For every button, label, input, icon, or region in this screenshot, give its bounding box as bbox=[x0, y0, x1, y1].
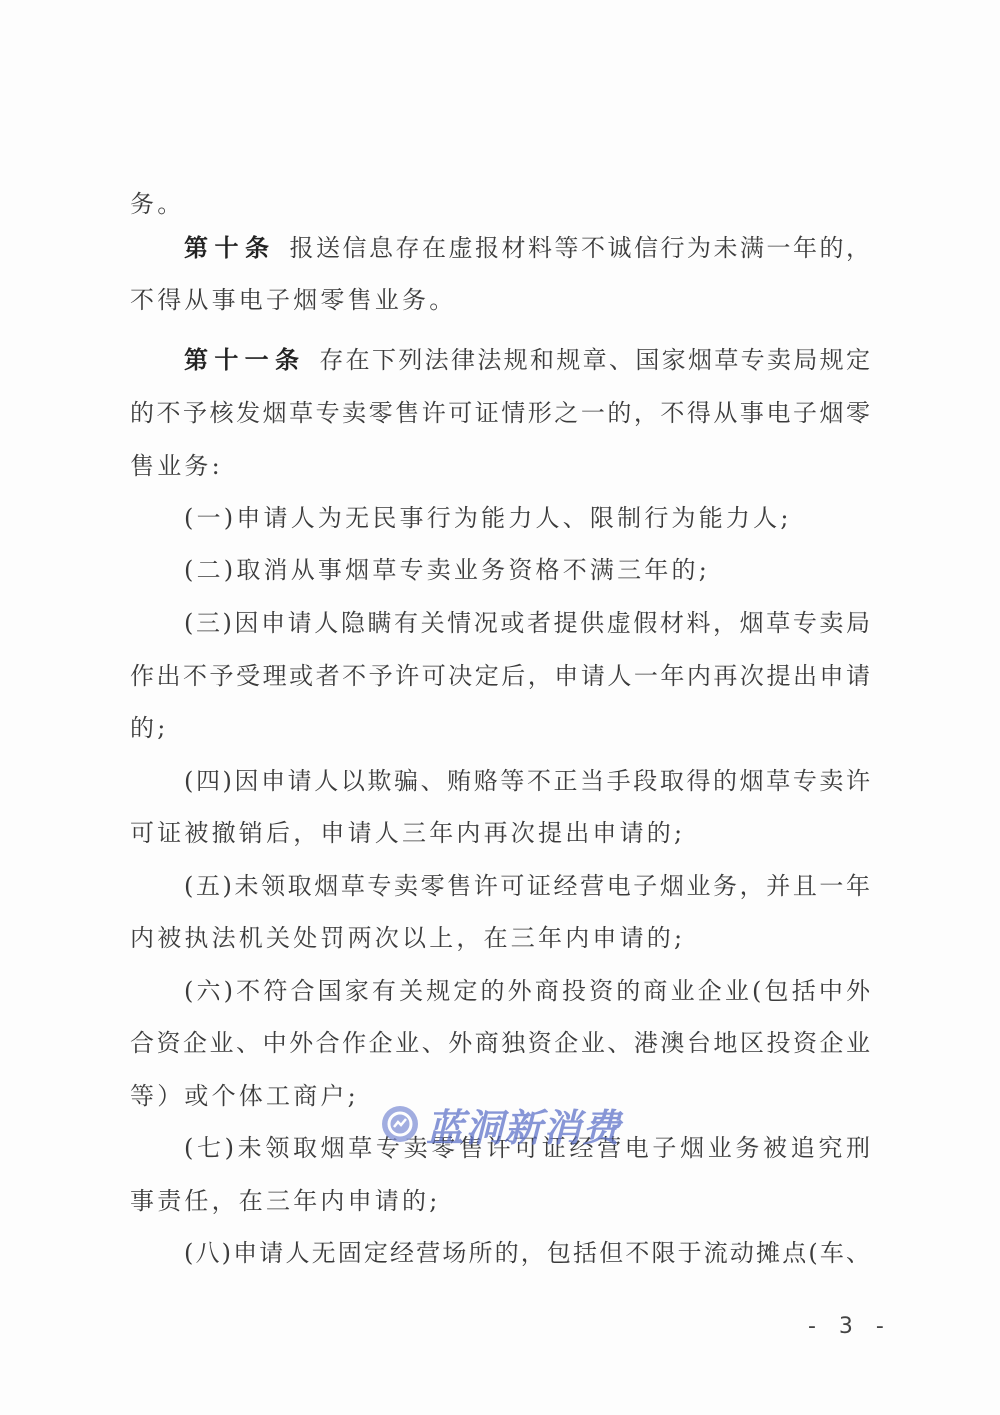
clause-6-line: (六)不符合国家有关规定的外商投资的商业企业(包括中外 bbox=[184, 976, 870, 1006]
line-text: 存在下列法律法规和规章、国家烟草专卖局规定 bbox=[319, 346, 870, 374]
line-text: 务。 bbox=[130, 190, 184, 218]
clause-4-line: (四)因申请人以欺骗、贿赂等不正当手段取得的烟草专卖许 bbox=[184, 766, 870, 796]
line-text: 事责任，在三年内申请的; bbox=[130, 1187, 441, 1215]
line-text: (四)因申请人以欺骗、贿赂等不正当手段取得的烟草专卖许 bbox=[184, 767, 870, 795]
text-line: 的; bbox=[130, 713, 870, 743]
clause-8-line: (八)申请人无固定经营场所的，包括但不限于流动摊点(车、 bbox=[184, 1238, 870, 1268]
line-text: (三)因申请人隐瞒有关情况或者提供虚假材料，烟草专卖局 bbox=[184, 609, 870, 637]
line-text: 等）或个体工商户; bbox=[130, 1082, 359, 1110]
line-text: 不得从事电子烟零售业务。 bbox=[130, 286, 456, 314]
article-10-heading-line: 第十条报送信息存在虚报材料等不诚信行为未满一年的， bbox=[184, 233, 870, 263]
clause-1-line: (一)申请人为无民事行为能力人、限制行为能力人; bbox=[184, 503, 870, 533]
text-line: 事责任，在三年内申请的; bbox=[130, 1186, 870, 1216]
line-text: (六)不符合国家有关规定的外商投资的商业企业(包括中外 bbox=[184, 977, 870, 1005]
text-line: 可证被撤销后，申请人三年内再次提出申请的; bbox=[130, 818, 870, 848]
line-text: 的不予核发烟草专卖零售许可证情形之一的，不得从事电子烟零 bbox=[130, 399, 870, 427]
document-page: 务。 第十条报送信息存在虚报材料等不诚信行为未满一年的， 不得从事电子烟零售业务… bbox=[0, 0, 1000, 1415]
line-text: 售业务: bbox=[130, 452, 223, 480]
text-line: 作出不予受理或者不予许可决定后，申请人一年内再次提出申请 bbox=[130, 661, 870, 691]
line-text: 报送信息存在虚报材料等不诚信行为未满一年的， bbox=[290, 234, 871, 262]
article-11-heading-line: 第十一条存在下列法律法规和规章、国家烟草专卖局规定 bbox=[184, 345, 870, 375]
clause-3-line: (三)因申请人隐瞒有关情况或者提供虚假材料，烟草专卖局 bbox=[184, 608, 870, 638]
line-text: 合资企业、中外合作企业、外商独资企业、港澳台地区投资企业 bbox=[130, 1029, 870, 1057]
clause-2-line: (二)取消从事烟草专卖业务资格不满三年的; bbox=[184, 555, 870, 585]
text-line: 等）或个体工商户; bbox=[130, 1081, 870, 1111]
line-text: 的; bbox=[130, 714, 169, 742]
article-number: 第十条 bbox=[184, 233, 276, 262]
text-line: 合资企业、中外合作企业、外商独资企业、港澳台地区投资企业 bbox=[130, 1028, 870, 1058]
text-line: 不得从事电子烟零售业务。 bbox=[130, 285, 870, 315]
line-text: (五)未领取烟草专卖零售许可证经营电子烟业务，并且一年 bbox=[184, 872, 870, 900]
line-text: 内被执法机关处罚两次以上，在三年内申请的; bbox=[130, 924, 685, 952]
clause-5-line: (五)未领取烟草专卖零售许可证经营电子烟业务，并且一年 bbox=[184, 871, 870, 901]
text-line: 售业务: bbox=[130, 451, 870, 481]
line-text: (二)取消从事烟草专卖业务资格不满三年的; bbox=[184, 556, 710, 584]
line-text: 作出不予受理或者不予许可决定后，申请人一年内再次提出申请 bbox=[130, 662, 870, 690]
line-text: (一)申请人为无民事行为能力人、限制行为能力人; bbox=[184, 504, 792, 532]
clause-7-line: (七)未领取烟草专卖零售许可证经营电子烟业务被追究刑 bbox=[184, 1133, 870, 1163]
text-line: 的不予核发烟草专卖零售许可证情形之一的，不得从事电子烟零 bbox=[130, 398, 870, 428]
text-line: 务。 bbox=[130, 189, 870, 219]
article-number: 第十一条 bbox=[184, 345, 305, 374]
text-line: 内被执法机关处罚两次以上，在三年内申请的; bbox=[130, 923, 870, 953]
line-text: 可证被撤销后，申请人三年内再次提出申请的; bbox=[130, 819, 685, 847]
line-text: (八)申请人无固定经营场所的，包括但不限于流动摊点(车、 bbox=[184, 1239, 870, 1267]
line-text: (七)未领取烟草专卖零售许可证经营电子烟业务被追究刑 bbox=[184, 1134, 870, 1162]
page-number: - 3 - bbox=[808, 1314, 892, 1339]
